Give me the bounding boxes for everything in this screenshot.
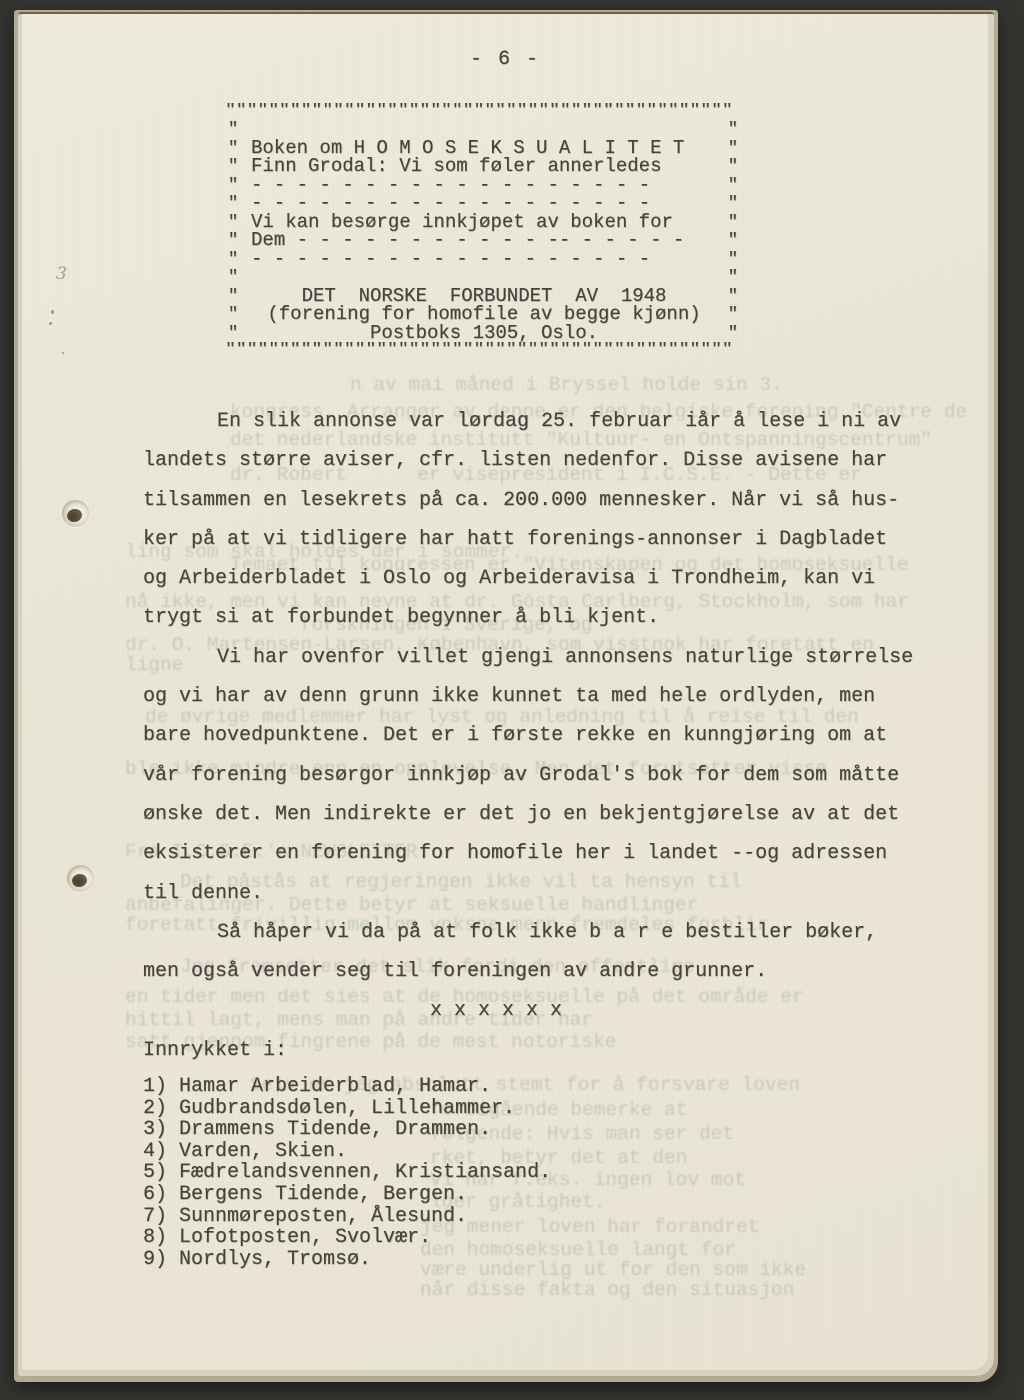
- body-line: trygt si at forbundet begynner å bli kje…: [143, 598, 933, 637]
- quote-mark-left: ": [228, 251, 238, 268]
- body-text: En slik annonse var lørdag 25. februar i…: [143, 402, 933, 1070]
- advert-line: Postboks 1305, Oslo.: [251, 324, 717, 343]
- body-line: ønske det. Men indirekte er det jo en be…: [143, 795, 933, 834]
- quote-mark-left: ": [228, 232, 238, 249]
- quote-mark-right: ": [728, 195, 738, 212]
- page-number: - 6 -: [22, 48, 988, 71]
- bleedthrough-line: n av mai måned i Bryssel holde sin 3.: [350, 374, 783, 396]
- newspaper-item: 1) Hamar Arbeiderblad, Hamar.: [143, 1076, 551, 1098]
- margin-annotation: 3: [55, 264, 67, 285]
- body-line: ker på at vi tidligere har hatt forening…: [143, 520, 933, 559]
- quote-mark-right: ": [728, 177, 738, 194]
- hole-punch-top: [62, 500, 89, 527]
- body-line: tilsammen en lesekrets på ca. 200.000 me…: [143, 481, 933, 520]
- scan-background: n av mai måned i Bryssel holde sin 3.kon…: [0, 0, 1024, 1400]
- body-line: vår forening besørgor innkjøp av Grodal'…: [143, 756, 933, 795]
- body-line: og vi har av denn grunn ikke kunnet ta m…: [143, 677, 933, 716]
- quote-mark-right: ": [728, 232, 738, 249]
- newspaper-item: 3) Drammens Tidende, Drammen.: [143, 1119, 551, 1141]
- body-line: eksisterer en forening for homofile her …: [143, 834, 933, 873]
- advert-line: - - - - - - - - - - - - - - - - - -: [251, 250, 717, 269]
- paper-speck: [49, 322, 52, 325]
- advert-row: " (forening for homofile av begge kjønn)…: [225, 305, 743, 324]
- advert-row: " ": [225, 120, 743, 139]
- body-line: bare hovedpunktene. Det er i første rekk…: [143, 716, 933, 755]
- advert-line: (forening for homofile av begge kjønn): [251, 305, 717, 324]
- quote-mark-right: ": [728, 325, 738, 342]
- quote-mark-left: ": [228, 214, 238, 231]
- advert-border-top: """"""""""""""""""""""""""""""""""""""""…: [225, 103, 743, 120]
- newspaper-item: 4) Varden, Skien.: [143, 1141, 551, 1163]
- quote-mark-right: ": [728, 140, 738, 157]
- newspaper-item: 8) Lofotposten, Svolvær.: [143, 1227, 551, 1249]
- hole-punch-bottom: [67, 865, 94, 892]
- quote-mark-right: ": [728, 288, 738, 305]
- newspaper-item: 6) Bergens Tidende, Bergen.: [143, 1184, 551, 1206]
- advert-row: " Finn Grodal: Vi som føler annerledes ": [225, 157, 743, 176]
- advert-line: - - - - - - - - - - - - - - - - - -: [251, 194, 717, 213]
- quote-mark-left: ": [228, 195, 238, 212]
- quote-mark-left: ": [228, 140, 238, 157]
- advert-box: """"""""""""""""""""""""""""""""""""""""…: [225, 103, 743, 359]
- body-line: Innrykket i:: [143, 1031, 933, 1070]
- quote-mark-right: ": [728, 214, 738, 231]
- newspaper-list: 1) Hamar Arbeiderblad, Hamar.2) Gudbrand…: [143, 1076, 551, 1270]
- quote-mark-right: ": [728, 306, 738, 323]
- advert-line: Dem - - - - - - - - - - - -- - - - - -: [251, 231, 717, 250]
- paper-sheet: n av mai måned i Bryssel holde sin 3.kon…: [22, 14, 988, 1370]
- advert-row: " Dem - - - - - - - - - - - -- - - - - -…: [225, 231, 743, 250]
- quote-mark-left: ": [228, 288, 238, 305]
- quote-mark-left: ": [228, 269, 238, 286]
- body-line: En slik annonse var lørdag 25. februar i…: [143, 402, 933, 441]
- quote-mark-right: ": [728, 158, 738, 175]
- newspaper-item: 2) Gudbrandsdølen, Lillehammer.: [143, 1098, 551, 1120]
- quote-mark-right: ": [728, 121, 738, 138]
- advert-row: " Postboks 1305, Oslo. ": [225, 324, 743, 343]
- body-line: Vi har ovenfor villet gjengi annonsens n…: [143, 638, 933, 677]
- bleedthrough-line: når disse fakta og den situasjon: [420, 1279, 794, 1301]
- body-line: Så håper vi da på at folk ikke b a r e b…: [143, 913, 933, 952]
- advert-line: Finn Grodal: Vi som føler annerledes: [251, 157, 717, 176]
- newspaper-item: 5) Fædrelandsvennen, Kristiansand.: [143, 1162, 551, 1184]
- advert-border-bottom: """"""""""""""""""""""""""""""""""""""""…: [225, 342, 743, 359]
- quote-mark-left: ": [228, 306, 238, 323]
- advert-row: " ": [225, 268, 743, 287]
- quote-mark-right: ": [728, 269, 738, 286]
- body-line: til denne.: [143, 874, 933, 913]
- advert-row: " - - - - - - - - - - - - - - - - - - ": [225, 250, 743, 269]
- quote-mark-left: ": [228, 158, 238, 175]
- advert-row: " - - - - - - - - - - - - - - - - - - ": [225, 194, 743, 213]
- quote-mark-right: ": [728, 251, 738, 268]
- paper-speck: [51, 310, 54, 314]
- body-line: men også vender seg til foreningen av an…: [143, 952, 933, 991]
- body-line: og Arbeiderbladet i Oslo og Arbeideravis…: [143, 559, 933, 598]
- newspaper-item: 9) Nordlys, Tromsø.: [143, 1249, 551, 1271]
- paper-speck: [62, 352, 64, 354]
- quote-mark-left: ": [228, 177, 238, 194]
- body-line: landets større aviser, cfr. listen neden…: [143, 441, 933, 480]
- quote-mark-left: ": [228, 325, 238, 342]
- newspaper-item: 7) Sunnmøreposten, Ålesund.: [143, 1206, 551, 1228]
- quote-mark-left: ": [228, 121, 238, 138]
- body-line: x x x x x x: [143, 991, 933, 1030]
